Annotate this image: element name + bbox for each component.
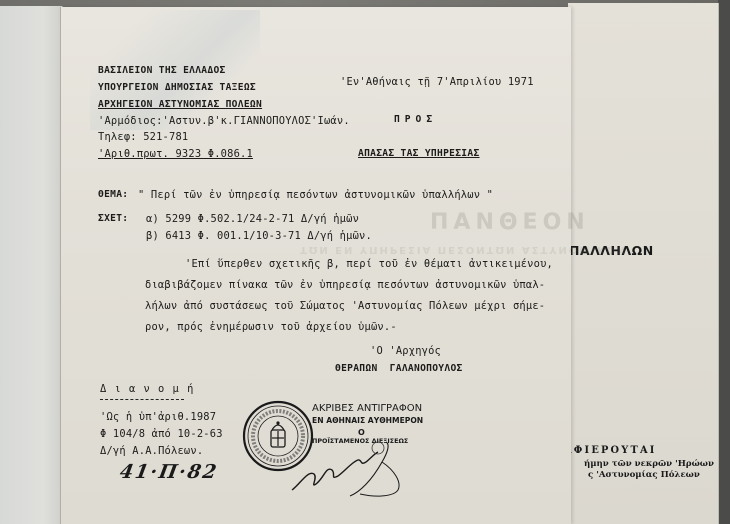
body-line-4: ρον, πρός ἐνημέρωσιν τοῦ ἀρχείου ὑμῶν.- [145, 321, 397, 333]
subject-text: " Περί τῶν ἐν ὑπηρεσίᾳ πεσόντων ἀστυνομι… [138, 189, 493, 201]
stamp-certified-copy: ΑΚΡΙΒΕΣ ΑΝΤΙΓΡΑΦΟΝ [312, 403, 422, 414]
to-label: ΠΡΟΣ [394, 114, 437, 125]
signature-title: 'Ο 'Αρχηγός [370, 345, 441, 357]
protocol-number: 'Αριθ.πρωτ. 9323 Φ.086.1 [98, 148, 253, 160]
signature-name: ΘΕΡΑΠΩΝ ΓΑΛΑΝΟΠΟΥΛΟΣ [335, 363, 463, 374]
body-line-1: 'Επί ὕπερθεν σχετικῆς β, περί τοῦ ἐν θέμ… [185, 258, 553, 270]
show-through-title: ΠΑΝΘΕΟΝ [430, 210, 590, 235]
dedication-line-2: ήμην τῶν νεκρῶν 'Ηρώων [584, 459, 714, 469]
distribution-label: Δ ι α ν ο μ ή [100, 383, 194, 395]
reference-item-a: α) 5299 Φ.502.1/24-2-71 Δ/γή ἡμῶν [146, 213, 359, 225]
reference-label: ΣΧΕΤ: [98, 213, 128, 224]
left-page-fold [0, 6, 63, 524]
dedication-line-3: ς 'Αστυνομίας Πόλεων [588, 470, 700, 480]
distribution-underline [100, 399, 184, 400]
place-date: 'Εν'Αθήναις τῇ 7'Απριλίου 1971 [340, 76, 534, 88]
letterhead-headquarters: ΑΡΧΗΓΕΙΟΝ ΑΣΤΥΝΟΜΙΑΣ ΠΟΛΕΩΝ [98, 99, 262, 110]
reference-item-b: β) 6413 Φ. 001.1/10-3-71 Δ/γή ἡμῶν. [146, 230, 372, 242]
body-line-3: λήλων ἀπό συστάσεως τοῦ Σώματος 'Αστυνομ… [145, 300, 545, 312]
distribution-line-1: 'Ως ἡ ὑπ'ἀριθ.1987 [100, 411, 216, 423]
underlying-page: ΠΑΛΛΗΛΩΝ ΑΦΙΕΡΟΥΤΑΙ ήμην τῶν νεκρῶν 'Ηρώ… [568, 3, 719, 524]
background-surface-right [718, 0, 730, 524]
recipients: ΑΠΑΣΑΣ ΤΑΣ ΥΠΗΡΕΣΙΑΣ [358, 148, 480, 159]
body-line-2: διαβιβάζομεν πίνακα τῶν ἐν ὑπηρεσίᾳ πεσό… [145, 279, 545, 291]
letterhead-ministry: ΥΠΟΥΡΓΕΙΟΝ ΔΗΜΟΣΙΑΣ ΤΑΞΕΩΣ [98, 82, 256, 93]
show-through-subtitle: ΤΩΝ ΕΝ ΥΠΗΡΕΣΙΑ ΠΕΣΟΝΤΩΝ ΑΣΤΥΝΟΜΙΚΩΝ [300, 244, 628, 255]
distribution-line-2: Φ 104/8 ἀπό 10-2-63 [100, 428, 223, 440]
dedication-heading: ΑΦΙΕΡΟΥΤΑΙ [564, 445, 657, 456]
subject-label: ΘΕΜΑ: [98, 189, 128, 200]
responsible-officer: 'Αρμόδιος:'Αστυν.β'κ.ΓΙΑΝΝΟΠΟΥΛΟΣ'Ιωάν. [98, 115, 350, 127]
stamp-article: Ο [358, 428, 365, 437]
handwritten-date: 41·Π·82 [118, 461, 220, 483]
phone-number: Τηλεφ: 521-781 [98, 131, 188, 143]
distribution-line-3: Δ/γή Α.Α.Πόλεων. [100, 445, 203, 457]
handwritten-signature [290, 440, 410, 500]
letterhead-kingdom: ΒΑΣΙΛΕΙΟΝ ΤΗΣ ΕΛΛΑΔΟΣ [98, 65, 226, 76]
stamp-athens-same-day: ΕΝ ΑΘΗΝΑΙΣ ΑΥΘΗΜΕΡΟΝ [312, 416, 423, 425]
